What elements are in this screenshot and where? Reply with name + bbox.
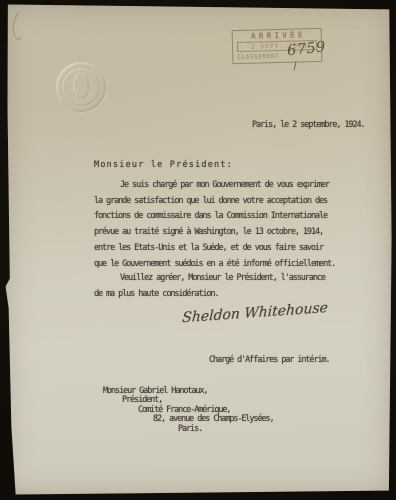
- recipient-line: Paris.: [178, 425, 274, 434]
- body-paragraph-1: Je suis chargé par mon Gouvernement de v…: [94, 178, 335, 272]
- dateline: Paris, le 2 septembre, 1924.: [252, 120, 365, 130]
- signature-handwritten: Sheldon Whitehouse: [180, 300, 331, 327]
- body-line: la grande satisfaction que lui donne vot…: [94, 194, 335, 210]
- arrival-stamp: ARRIVÉE -2 SEPT. 1924 CLASSEMENT 6759: [232, 28, 323, 64]
- signer-title: Chargé d'Affaires par intérim.: [209, 355, 330, 365]
- paper-specks: [4, 2, 6, 4]
- body-paragraph-2: Veuillez agréer, Monsieur le Président, …: [94, 271, 325, 302]
- body-line: fonctions de commissaire dans la Commiss…: [94, 209, 335, 225]
- pencil-mark: [9, 10, 25, 44]
- recipient-line: 82, avenue des Champs-Elysées,: [153, 415, 274, 424]
- photo-background: ARRIVÉE -2 SEPT. 1924 CLASSEMENT 6759 Pa…: [0, 0, 396, 500]
- body-line: Je suis chargé par mon Gouvernement de v…: [94, 178, 335, 194]
- body-line: entre les Etats-Unis et la Suède, et de …: [94, 241, 335, 257]
- recipient-address-block: Monsieur Gabriel Hanotaux, Président, Co…: [103, 387, 274, 434]
- salutation: Monsieur le Président:: [94, 160, 233, 170]
- body-line: Veuillez agréer, Monsieur le Président, …: [94, 271, 325, 287]
- letter-paper: ARRIVÉE -2 SEPT. 1924 CLASSEMENT 6759 Pa…: [4, 2, 392, 496]
- body-line: prévue au traité signé à Washington, le …: [94, 225, 335, 241]
- body-line: de ma plus haute considération.: [94, 287, 325, 303]
- body-line: que le Gouvernement suédois en a été inf…: [94, 257, 335, 273]
- handwriting-tail-stroke: [294, 61, 297, 70]
- embossed-seal-icon: [56, 62, 106, 112]
